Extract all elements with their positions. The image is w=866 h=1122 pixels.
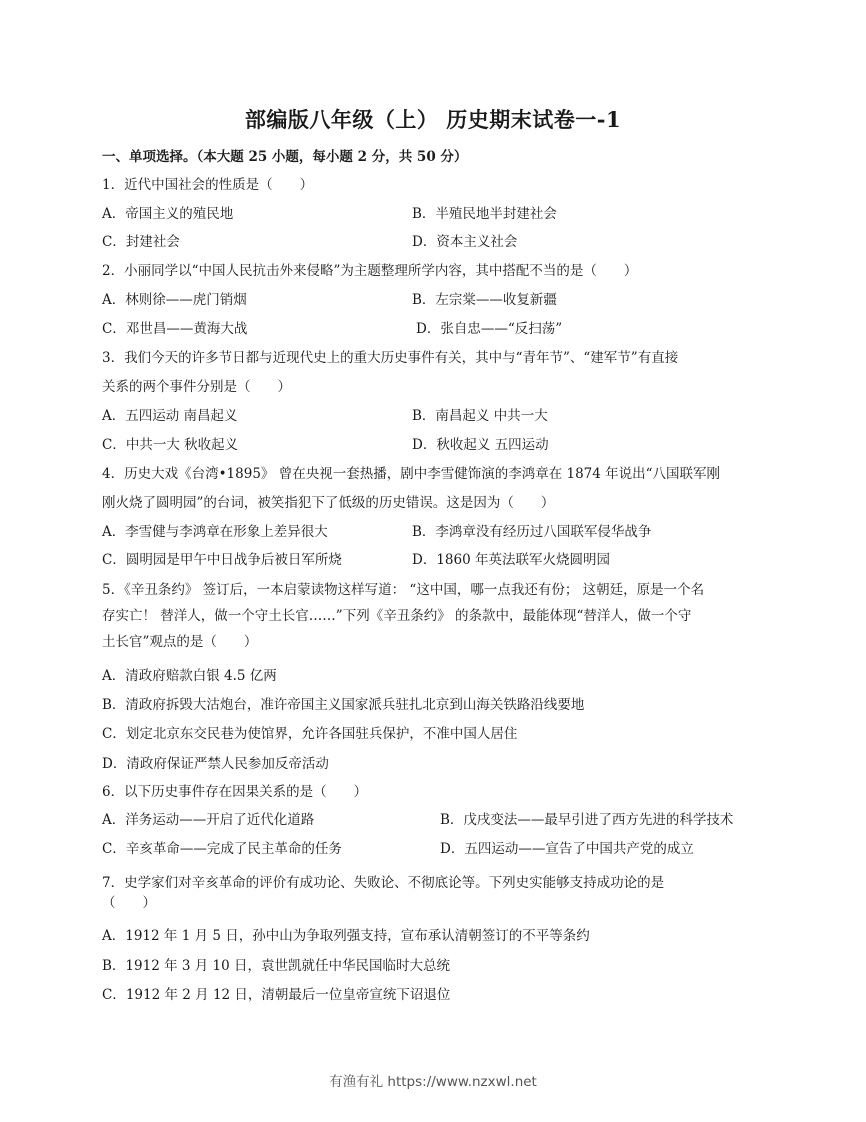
question-4-stem-line-2: 刚火烧了圆明园”的台词，被笑指犯下了低级的历史错误。这是因为（ ）: [102, 493, 554, 513]
question-7-stem-line-1: 7．史学家们对辛亥革命的评价有成功论、失败论、不彻底论等。下列史实能够支持成功论…: [102, 873, 664, 893]
question-1-option-d: D．资本主义社会: [412, 232, 517, 252]
question-4-option-b: B．李鸿章没有经历过八国联军侵华战争: [412, 522, 651, 542]
question-2-option-a: A．林则徐——虎门销烟: [102, 290, 247, 310]
question-2-option-b: B．左宗棠——收复新疆: [412, 290, 557, 310]
page-title: 部编版八年级（上） 历史期末试卷一-1: [0, 104, 866, 134]
question-6-option-b: B．戊戌变法——最早引进了西方先进的科学技术: [440, 810, 733, 830]
question-3-stem-line-2: 关系的两个事件分别是（ ）: [102, 377, 291, 397]
question-6-option-c: C．辛亥革命——完成了民主革命的任务: [102, 839, 342, 859]
question-7-option-b: B．1912 年 3 月 10 日，袁世凯就任中华民国临时大总统: [102, 956, 450, 976]
footer-watermark: 有渔有礼 https://www.nzxwl.net: [0, 1070, 866, 1090]
question-4-option-a: A．李雪健与李鸿章在形象上差异很大: [102, 522, 328, 542]
question-2-stem: 2．小丽同学以“中国人民抗击外来侵略”为主题整理所学内容，其中搭配不当的是（ ）: [102, 261, 637, 281]
question-3-stem-line-1: 3．我们今天的许多节日都与近现代史上的重大历史事件有关，其中与“青年节”、“建军…: [102, 348, 678, 368]
question-3-option-c: C．中共一大 秋收起义: [102, 435, 238, 455]
question-3-option-b: B．南昌起义 中共一大: [412, 406, 548, 426]
question-6-option-d: D．五四运动——宣告了中国共产党的成立: [440, 839, 694, 859]
question-7-stem-line-2: （ ）: [102, 893, 156, 913]
question-3-option-a: A．五四运动 南昌起义: [102, 406, 238, 426]
question-5-option-b: B．清政府拆毁大沽炮台，准许帝国主义国家派兵驻扎北京到山海关铁路沿线要地: [102, 695, 584, 715]
question-2-option-c: C．邓世昌——黄海大战: [102, 319, 247, 339]
question-5-option-d: D．清政府保证严禁人民参加反帝活动: [102, 754, 329, 774]
question-4-option-d: D．1860 年英法联军火烧圆明园: [412, 550, 610, 570]
question-6-option-a: A．洋务运动——开启了近代化道路: [102, 810, 314, 830]
question-5-stem-line-3: 土长官”观点的是（ ）: [102, 632, 257, 652]
question-2-option-d: D．张自忠——“反扫荡”: [416, 319, 562, 339]
question-5-stem-line-1: 5．《辛丑条约》 签订后，一本启蒙读物这样写道： “这中国，哪一点我还有份； 这…: [102, 580, 704, 600]
question-5-option-c: C．划定北京东交民巷为使馆界，允许各国驻兵保护，不准中国人居住: [102, 724, 517, 744]
question-1-option-a: A．帝国主义的殖民地: [102, 204, 233, 224]
section-heading: 一、单项选择。（本大题 25 小题，每小题 2 分，共 50 分）: [102, 147, 467, 167]
question-4-stem-line-1: 4．历史大戏《台湾•1895》 曾在央视一套热播，剧中李雪健饰演的李鸿章在 18…: [102, 464, 720, 484]
question-1-stem: 1．近代中国社会的性质是（ ）: [102, 175, 313, 195]
question-5-stem-line-2: 存实亡！ 替洋人，做一个守土长官……”下列《辛丑条约》 的条款中，最能体现“替洋…: [102, 606, 691, 626]
question-5-option-a: A．清政府赔款白银 4.5 亿两: [102, 666, 277, 686]
question-7-option-c: C．1912 年 2 月 12 日，清朝最后一位皇帝宣统下诏退位: [102, 985, 450, 1005]
question-4-option-c: C．圆明园是甲午中日战争后被日军所烧: [102, 550, 342, 570]
question-6-stem: 6．以下历史事件存在因果关系的是（ ）: [102, 782, 367, 802]
question-1-option-c: C．封建社会: [102, 232, 180, 252]
question-7-option-a: A．1912 年 1 月 5 日，孙中山为争取列强支持，宣布承认清朝签订的不平等…: [102, 926, 590, 946]
question-3-option-d: D．秋收起义 五四运动: [412, 435, 549, 455]
question-1-option-b: B．半殖民地半封建社会: [412, 204, 557, 224]
